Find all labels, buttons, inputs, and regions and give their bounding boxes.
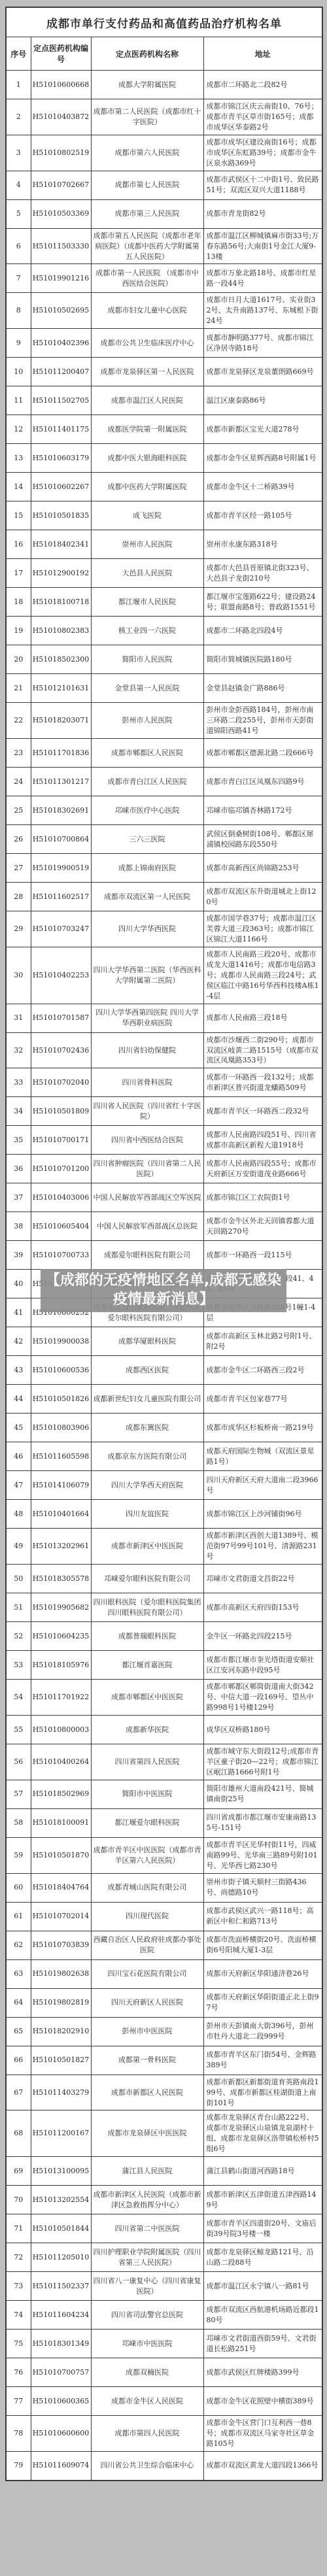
cell-institution-name: 四川天府新区人民医院 <box>91 1988 203 2017</box>
cell-institution-code: H51011602517 <box>31 883 91 911</box>
table-row: 35 H51010700171 四川省中西医结合医院 成都市人民南路四段51号、… <box>6 1126 322 1155</box>
cell-institution-code: H51010800003 <box>31 1716 91 1744</box>
cell-address: 武侯区倒桑树街108号、郫都区犀浦镇校园路东段550号 <box>203 825 322 854</box>
cell-address: 成都市郫都区德源北路二段666号 <box>203 739 322 768</box>
cell-row-number: 37 <box>6 1183 31 1212</box>
cell-row-number: 66 <box>6 2046 31 2075</box>
cell-row-number: 67 <box>6 2075 31 2110</box>
table-row: 18 H51018100718 都江堰市人民医院 都江堰市宝莲路622号；建设路… <box>6 588 322 617</box>
table-row: 65 H51018202910 彭州市中医医院 彭州市天彭镇南大街396号，彭州… <box>6 2017 322 2046</box>
cell-row-number: 11 <box>6 386 31 415</box>
cell-address: 成都市金牛区营门口互利西一巷8号；成都市双流区马家寺社区草金路105号 <box>203 2416 322 2452</box>
cell-address: 成都市二环路北四段4号 <box>203 617 322 645</box>
cell-institution-name: 成都市郫都区中医医院 <box>91 1680 203 1716</box>
cell-institution-code: H51010501826 <box>31 1385 91 1414</box>
cell-address: 金牛区一环路北四段215号 <box>203 1622 322 1651</box>
cell-row-number: 40 <box>6 1270 31 1298</box>
cell-row-number: 55 <box>6 1716 31 1744</box>
cell-institution-code: H51018305578 <box>31 1565 91 1593</box>
cell-institution-code: H51011301217 <box>31 768 91 796</box>
cell-institution-code: H51010501827 <box>31 2046 91 2075</box>
cell-row-number: 13 <box>6 444 31 473</box>
cell-institution-code: H51010702040 <box>31 1068 91 1097</box>
cell-row-number: 72 <box>6 2243 31 2272</box>
cell-address: 成都市锦江区工农院街1号 <box>203 1183 322 1212</box>
cell-address: 成都市龙泉驿区青台山路222号、成都市龙泉驿区山泉镇龙泉湖村十组、成都市龙泉驿区… <box>203 2110 322 2157</box>
table-row: 77 H51010600365 成都市金牛区人民医院 成都市金牛区花照壁中横街3… <box>6 2387 322 2416</box>
table-row: 14 H51010602267 成都中医药大学附属医院 成都市金牛区十二桥路39… <box>6 473 322 501</box>
cell-institution-code: H51018402341 <box>31 530 91 559</box>
cell-row-number: 45 <box>6 1414 31 1442</box>
table-row: 5 H51010503369 成都市第三人民医院 成都市青龙街82号 <box>6 199 322 228</box>
table-row: 23 H51011701836 成都市郫都区人民医院 成都市郫都区德源北路二段6… <box>6 739 322 768</box>
cell-institution-code: H51010701200 <box>31 1155 91 1183</box>
cell-row-number: 63 <box>6 1959 31 1988</box>
cell-address: 邛崃市文君街道文昌街22号 <box>203 1565 322 1593</box>
cell-institution-name: 成都华厦眼科医院 <box>91 1327 203 1356</box>
cell-row-number: 43 <box>6 1356 31 1385</box>
cell-row-number: 23 <box>6 739 31 768</box>
cell-institution-name: 成都医学院第一附属医院 <box>91 415 203 444</box>
table-row: 31 H51010701587 四川大学华西第四医院 四川大学华西职业病医院 成… <box>6 1004 322 1032</box>
cell-institution-name: 成都第一骨科医院 <box>91 2046 203 2075</box>
table-row: 55 H51010800003 成都新华医院 成华区双桥路180号 <box>6 1716 322 1744</box>
cell-institution-name: 四川省第二中医医院 <box>91 2214 203 2243</box>
watermark-text-line1: 【成都的无疫情地区名单,成都无感染 <box>41 1271 286 1290</box>
cell-row-number: 77 <box>6 2387 31 2416</box>
cell-institution-code: H51010605404 <box>31 1212 91 1241</box>
cell-institution-name: 成都新世纪妇女儿童医院有限公司 <box>91 1385 203 1414</box>
table-row: 45 H51010803906 成都东篱医院 成都市成华区杉板桥南一路219号 <box>6 1414 322 1442</box>
cell-institution-name: 成都市新津区人民医院（成都市新津区急救指挥分中心） <box>91 2186 203 2214</box>
cell-institution-code: H51010402253 <box>31 947 91 1004</box>
cell-row-number: 32 <box>6 1032 31 1068</box>
table-row: 16 H51018402341 崇州市人民医院 崇州市永康东路318号 <box>6 530 322 559</box>
table-row: 20 H51018502300 简阳市人民医院 简阳市简城镇医院路180号 <box>6 645 322 674</box>
cell-row-number: 34 <box>6 1097 31 1126</box>
cell-row-number: 50 <box>6 1565 31 1593</box>
table-row: 66 H51010501827 成都第一骨科医院 成都市青羊区东门街54号、金辉… <box>6 2046 322 2075</box>
cell-row-number: 44 <box>6 1385 31 1414</box>
cell-institution-name: 四川大学华西天府医院 <box>91 1471 203 1500</box>
cell-row-number: 9 <box>6 329 31 358</box>
cell-row-number: 39 <box>6 1241 31 1270</box>
table-row: 37 H51010403006 中国人民解放军西部战区空军医院 成都市锦江区工农… <box>6 1183 322 1212</box>
cell-row-number: 7 <box>6 264 31 293</box>
table-row: 38 H51010605404 中国人民解放军西部战区总医院 成都市金牛区外北天… <box>6 1212 322 1241</box>
table-row: 54 H51011701922 成都市郫都区中医医院 成都市郫都区郫筒街道南大街… <box>6 1680 322 1716</box>
table-row: 2 H51010403872 成都市第二人民医院（成都市红十字医院） 成都市锦江… <box>6 99 322 135</box>
cell-institution-code: H51018203071 <box>31 703 91 739</box>
cell-institution-code: H51014106079 <box>31 1471 91 1500</box>
cell-institution-name: 四川省八一康复中心（四川省康复医院） <box>91 2272 203 2301</box>
cell-institution-code: H51013202961 <box>31 1529 91 1565</box>
cell-row-number: 52 <box>6 1622 31 1651</box>
table-row: 17 H51012900192 大邑县人民医院 成都市大邑县晋原镇北街323号、… <box>6 559 322 588</box>
cell-row-number: 42 <box>6 1327 31 1356</box>
cell-address: 蒲江县鹤山街道河西路18号 <box>203 2157 322 2186</box>
cell-institution-name: 成都市第三人民医院 <box>91 199 203 228</box>
cell-institution-code: H51011701836 <box>31 739 91 768</box>
cell-institution-name: 成都青城山医院有限公司 <box>91 1873 203 1902</box>
cell-institution-code: H51018105976 <box>31 1651 91 1680</box>
cell-address: 成都市新津区西创大道1389号、模范街97号99号101号、清源路231号 <box>203 1529 322 1565</box>
table-row: 46 H51011605598 成都京东方医院有限公司 成都天府国际生物城（双流… <box>6 1442 322 1471</box>
cell-address: 彭州市金彭西路184号，彭州市南三环路二段255号，彭州市天彭街道锦阳西路41号 <box>203 703 322 739</box>
cell-address: 成都市青羊区经一路105号 <box>203 501 322 530</box>
cell-row-number: 47 <box>6 1471 31 1500</box>
cell-address: 成都市新都区新都街道育英路南段199号、成都市新都区桂湖街道上南街101号 <box>203 2075 322 2110</box>
cell-address: 成都市温江区永宁镇八一路81号 <box>203 2272 322 2301</box>
cell-address: 成都市人民南路三段20号、成都市成龙大道1416号；成都市电信路3号；成都市人民… <box>203 947 322 1004</box>
cell-institution-code: H51010501844 <box>31 2214 91 2243</box>
cell-institution-name: 成都市龙泉驿区第一人民医院 <box>91 358 203 386</box>
cell-institution-name: 成都市郫都区人民医院 <box>91 739 203 768</box>
cell-address: 四川省成都市都江堰市安康南路135号-151号 <box>203 1808 322 1837</box>
title-row: 成都市单行支付药品和高值药品治疗机构名单 <box>6 7 322 37</box>
watermark-text-line2: 疫情最新消息】 <box>41 1290 286 1309</box>
cell-institution-name: 彭州市人民医院 <box>91 703 203 739</box>
cell-institution-code: H51019802819 <box>31 1988 91 2017</box>
cell-institution-code: H51011205010 <box>31 2243 91 2272</box>
table-row: 6 H51011503330 成都市第五人民医院（成都市老年病医院）（成都中医药… <box>6 228 322 264</box>
cell-address: 四川天府新区天府大道南二段3966号 <box>203 1471 322 1500</box>
cell-institution-code: H51010700733 <box>31 1241 91 1270</box>
table-row: 4 H51010702667 成都市第七人民医院 成都市武侯区十二中街1号、致民… <box>6 171 322 199</box>
table-row: 52 H51010604235 成都普瑞眼科医院 金牛区一环路北四段215号 <box>6 1622 322 1651</box>
cell-address: 成都市金牛区星辉西路8号附属1号 <box>203 444 322 473</box>
cell-address: 成都市金牛区十二桥路39号 <box>203 473 322 501</box>
cell-institution-code: H51019905682 <box>31 1593 91 1622</box>
table-row: 7 H51019901216 成都市第一人民医院 （成都市中西医结合医院） 成都… <box>6 264 322 293</box>
cell-institution-name: 成都东篱医院 <box>91 1414 203 1442</box>
cell-institution-name: 邛崃市中医医院 <box>91 2330 203 2358</box>
cell-address: 成都市青羊区一环路西二段32号 <box>203 1097 322 1126</box>
cell-institution-name: 成都市妇女儿童中心医院 <box>91 293 203 329</box>
header-row: 序号 定点医药机构编号 定点医药机构名称 地址 <box>6 37 322 71</box>
cell-address: 崇州市永康东路318号 <box>203 530 322 559</box>
cell-institution-code: H51011401175 <box>31 415 91 444</box>
cell-address: 成都市武侯区武兴一路118号；高新区中和仁和路713号 <box>203 1902 322 1931</box>
cell-institution-code: H51018100718 <box>31 588 91 617</box>
table-row: 49 H51013202961 成都市新津区中医医院 成都市新津区西创大道138… <box>6 1529 322 1565</box>
table-row: 3 H51010802519 成都市第六人民医院 成都市成华区建设南街16号；成… <box>6 135 322 171</box>
cell-address: 邛崃市临邛镇杏林路172号 <box>203 796 322 825</box>
cell-address: 成都市青龙街82号 <box>203 199 322 228</box>
cell-institution-name: 中国人民解放军西部战区空军医院 <box>91 1183 203 1212</box>
cell-row-number: 49 <box>6 1529 31 1565</box>
cell-address: 成都天府国际生物城（双流区景星路1号） <box>203 1442 322 1471</box>
table-row: 64 H51019802819 四川天府新区人民医院 成都市天府新区华阳街道正北… <box>6 1988 322 2017</box>
cell-institution-code: H51010600365 <box>31 2387 91 2416</box>
cell-institution-code: H51010603179 <box>31 444 91 473</box>
cell-institution-name: 四川大学华西第四医院 四川大学华西职业病医院 <box>91 1004 203 1032</box>
table-row: 48 H51010401664 四川友谊医院 成都市锦江区上沙河铺街96号 <box>6 1500 322 1529</box>
cell-institution-name: 四川省公共卫生综合临床中心 <box>91 2452 203 2481</box>
cell-institution-name: 成都市第四人民医院 <box>91 2416 203 2452</box>
table-row: 68 H51011200167 成都市龙泉驿区中医医院 成都市龙泉驿区青台山路2… <box>6 2110 322 2157</box>
table-row: 59 H51010501870 成都市青羊区中医医院（成都市青羊区第六人民医院）… <box>6 1837 322 1873</box>
table-row: 61 H51010702014 四川现代医院 成都市武侯区武兴一路118号；高新… <box>6 1902 322 1931</box>
cell-address: 成都市高新西区尚锦路253号 <box>203 854 322 883</box>
cell-institution-code: H51010700864 <box>31 825 91 854</box>
cell-institution-name: 成都爱尔眼科医院有限公司 <box>91 1241 203 1270</box>
cell-address: 温江区康泰路86号 <box>203 386 322 415</box>
table-row: 30 H51010402253 四川大学华西第二医院（华西医科大学附属第二医院）… <box>6 947 322 1004</box>
table-row: 76 H51010700757 成都双楠医院 成都市武侯区红牌楼路399号 <box>6 2358 322 2387</box>
cell-address: 成都市锦江区庆云南街10、76号；成都市青羊区草市街165号；成都市成华区华泰路… <box>203 99 322 135</box>
cell-address: 成都市人民南路四段51号、四川省成都市高新区新程大道1918号 <box>203 1126 322 1155</box>
cell-address: 成都市龙泉驿区鲸龙路121号、沿山路二段88号 <box>203 2243 322 2272</box>
cell-address: 成都市青羊区四道街20号、文庙后街39号院3号楼一楼 <box>203 2214 322 2243</box>
cell-institution-code: H51010401664 <box>31 1500 91 1529</box>
cell-institution-code: H51013100095 <box>31 2157 91 2186</box>
cell-institution-name: 都江堰爱尔眼科医院 <box>91 1808 203 1837</box>
cell-address: 成都市高新区玉林北路2号附1号、附2号 <box>203 1327 322 1356</box>
cell-address: 成都市二环路北二段82号 <box>203 71 322 99</box>
column-header-code: 定点医药机构编号 <box>31 37 91 71</box>
cell-institution-name: 四川省第四人民医院 <box>91 1744 203 1780</box>
cell-row-number: 4 <box>6 171 31 199</box>
cell-institution-code: H51010604235 <box>31 1622 91 1651</box>
cell-address: 成都市天府新区华阳街道正北上街97号 <box>203 1988 322 2017</box>
cell-institution-name: 中国人民解放军西部战区总医院 <box>91 1212 203 1241</box>
cell-institution-code: H51011200407 <box>31 358 91 386</box>
cell-institution-name: 成都中医药大学附属医院 <box>91 473 203 501</box>
table-row: 27 H51019900519 成都上锦南府医院 成都市高新西区尚锦路253号 <box>6 854 322 883</box>
table-row: 47 H51014106079 四川大学华西天府医院 四川天府新区天府大道南二段… <box>6 1471 322 1500</box>
cell-institution-code: H51018502300 <box>31 645 91 674</box>
cell-institution-name: 成都市第五人民医院（成都市老年病医院）（成都中医药大学附属第五人民医院） <box>91 228 203 264</box>
cell-institution-code: H51010600600 <box>31 2416 91 2452</box>
cell-institution-code: H51010701587 <box>31 1004 91 1032</box>
cell-row-number: 21 <box>6 674 31 703</box>
cell-address: 成都市新津区五津街道五津西路149号 <box>203 2186 322 2214</box>
cell-institution-code: H51012101631 <box>31 674 91 703</box>
cell-row-number: 51 <box>6 1593 31 1622</box>
cell-institution-code: H51011403279 <box>31 2075 91 2110</box>
cell-institution-name: 四川友谊医院 <box>91 1500 203 1529</box>
cell-address: 成都市万象北路18号、成都市红星路一段44号 <box>203 264 322 293</box>
table-row: 72 H51011205010 四川护理职业学院附属医院（四川省第三人民医院） … <box>6 2243 322 2272</box>
cell-row-number: 31 <box>6 1004 31 1032</box>
cell-address: 成都市武侯区红牌楼路399号 <box>203 2358 322 2387</box>
cell-institution-code: H51010403006 <box>31 1183 91 1212</box>
cell-row-number: 28 <box>6 883 31 911</box>
cell-row-number: 74 <box>6 2301 31 2330</box>
cell-institution-name: 成都中医大银海眼科医院 <box>91 444 203 473</box>
table-row: 39 H51010700733 成都爱尔眼科医院有限公司 成都市一环路西一段11… <box>6 1241 322 1270</box>
table-row: 70 H51013202554 成都市新津区人民医院（成都市新津区急救指挥分中心… <box>6 2186 322 2214</box>
cell-row-number: 62 <box>6 1931 31 1959</box>
cell-address: 成都市静明路377号、成都市锦江区净居寺路18号 <box>203 329 322 358</box>
watermark-overlay: 【成都的无疫情地区名单,成都无感染 疫情最新消息】 <box>41 1269 286 1312</box>
cell-row-number: 59 <box>6 1837 31 1873</box>
cell-institution-name: 邛崃市医疗中心医院 <box>91 796 203 825</box>
cell-institution-name: 成都市新津区中医医院 <box>91 1529 203 1565</box>
table-row: 53 H51018105976 都江堰首嘉医院 成都市都江堰市奎光塔街道安顺社区… <box>6 1651 322 1680</box>
cell-row-number: 58 <box>6 1808 31 1837</box>
cell-institution-code: H51010602267 <box>31 473 91 501</box>
cell-institution-name: 成都市新都区人民医院 <box>91 2075 203 2110</box>
cell-row-number: 26 <box>6 825 31 854</box>
cell-institution-name: 成都京东方医院有限公司 <box>91 1442 203 1471</box>
cell-institution-name: 成都西区医院 <box>91 1356 203 1385</box>
table-row: 36 H51010701200 四川省肿瘤医院（四川省第二人民医院） 成都市人民… <box>6 1155 322 1183</box>
cell-row-number: 70 <box>6 2186 31 2214</box>
table-row: 34 H51010501809 四川省人民医院（四川省红十字医院） 成都市青羊区… <box>6 1097 322 1126</box>
cell-row-number: 20 <box>6 645 31 674</box>
cell-institution-code: H51011609074 <box>31 2452 91 2481</box>
cell-row-number: 54 <box>6 1680 31 1716</box>
table-row: 60 H51018404764 成都青城山医院有限公司 崇州市街子镇天顺村三街路… <box>6 1873 322 1902</box>
table-row: 29 H51010703247 四川大学华西医院 成都市国学巷37号；成都市温江… <box>6 911 322 947</box>
cell-row-number: 8 <box>6 293 31 329</box>
cell-row-number: 76 <box>6 2358 31 2387</box>
cell-row-number: 16 <box>6 530 31 559</box>
cell-row-number: 46 <box>6 1442 31 1471</box>
cell-address: 成都市青羊区东门街54号、金辉路389号 <box>203 2046 322 2075</box>
table-row: 10 H51011200407 成都市龙泉驿区第一人民医院 成都市龙泉驿区龙泉董… <box>6 358 322 386</box>
cell-institution-name: 四川省人民医院（四川省红十字医院） <box>91 1097 203 1126</box>
cell-institution-name: 成都市第二人民医院（成都市红十字医院） <box>91 99 203 135</box>
cell-institution-name: 简阳市中医医院 <box>91 1780 203 1808</box>
cell-institution-name: 蒲江县人民医院 <box>91 2157 203 2186</box>
cell-institution-code: H51010700757 <box>31 2358 91 2387</box>
cell-address: 彭州市天彭镇南大街396号，彭州市牡丹大道北二段999号 <box>203 2017 322 2046</box>
cell-institution-name: 四川大学华西第二医院（华西医科大学附属第二医院） <box>91 947 203 1004</box>
cell-institution-code: H51010702667 <box>31 171 91 199</box>
cell-address: 成都市沙堰西二街290号；成都市双流区岐黄二路1515号（成都市双流区凤凰路35… <box>203 1032 322 1068</box>
cell-institution-name: 成都新华医院 <box>91 1716 203 1744</box>
table-row: 28 H51011602517 成都市双流区第一人民医院 成都市双流区东升街道城… <box>6 883 322 911</box>
cell-address: 简阳市简城镇医院路180号 <box>203 645 322 674</box>
cell-institution-name: 都江堰首嘉医院 <box>91 1651 203 1680</box>
table-row: 9 H51010402396 成都市公共卫生临床医疗中心 成都市静明路377号、… <box>6 329 322 358</box>
cell-institution-code: H51018502969 <box>31 1780 91 1808</box>
cell-row-number: 19 <box>6 617 31 645</box>
cell-institution-code: H51012900192 <box>31 559 91 588</box>
cell-row-number: 27 <box>6 854 31 883</box>
cell-institution-name: 彭州市中医医院 <box>91 2017 203 2046</box>
cell-institution-code: H51010502695 <box>31 293 91 329</box>
cell-address: 成都市人民南路三段18号 <box>203 1004 322 1032</box>
cell-institution-name: 成都市青羊区中医医院（成都市青羊区第六人民医院） <box>91 1837 203 1873</box>
table-row: 15 H51010501835 成飞医院 成都市青羊区经一路105号 <box>6 501 322 530</box>
cell-address: 成都市新都区宝光大道278号 <box>203 415 322 444</box>
cell-institution-name: 成都市公共卫生临床医疗中心 <box>91 329 203 358</box>
cell-institution-name: 成都市双流区第一人民医院 <box>91 883 203 911</box>
cell-row-number: 6 <box>6 228 31 264</box>
cell-row-number: 25 <box>6 796 31 825</box>
cell-institution-code: H51011605598 <box>31 1442 91 1471</box>
cell-row-number: 14 <box>6 473 31 501</box>
cell-institution-code: H51019900038 <box>31 1327 91 1356</box>
cell-institution-name: 成都市第七人民医院 <box>91 171 203 199</box>
cell-institution-name: 四川省肿瘤医院（四川省第二人民医院） <box>91 1155 203 1183</box>
cell-row-number: 57 <box>6 1780 31 1808</box>
cell-institution-code: H51010503369 <box>31 199 91 228</box>
table-row: 58 H51018100091 都江堰爱尔眼科医院 四川省成都市都江堰市安康南路… <box>6 1808 322 1837</box>
cell-row-number: 17 <box>6 559 31 588</box>
cell-row-number: 75 <box>6 2330 31 2358</box>
cell-address: 成都市成华区杉板桥南一路219号 <box>203 1414 322 1442</box>
table-row: 24 H51011301217 成都市青白江区人民医院 成都市青白江区凤凰东四路… <box>6 768 322 796</box>
cell-address: 崇州市街子镇天顺村三街路436号、尚德路10号 <box>203 1873 322 1902</box>
cell-institution-code: H51010802383 <box>31 617 91 645</box>
table-row: 11 H51011502705 成都市温江区人民医院 温江区康泰路86号 <box>6 386 322 415</box>
table-row: 75 H51018301349 邛崃市中医医院 邛崃市文君街道西街59号、文君街… <box>6 2330 322 2358</box>
cell-row-number: 71 <box>6 2214 31 2243</box>
cell-row-number: 41 <box>6 1298 31 1327</box>
table-row: 63 H51019802638 四川宝石花医院有限公司 成都市天府新区华阳通济巷… <box>6 1959 322 1988</box>
cell-address: 成都市大邑县晋原镇北街323号、大邑县子龙街210号 <box>203 559 322 588</box>
cell-institution-name: 四川大学华西医院 <box>91 911 203 947</box>
cell-institution-name: 成都普瑞眼科医院 <box>91 1622 203 1651</box>
cell-row-number: 53 <box>6 1651 31 1680</box>
cell-institution-code: H51018100091 <box>31 1808 91 1837</box>
cell-institution-code: H51011604234 <box>31 2301 91 2330</box>
table-row: 19 H51010802383 核工业四一六医院 成都市二环路北四段4号 <box>6 617 322 645</box>
cell-address: 成都市国学巷37号；成都市温江区芙蓉大道三段363号；成都市锦江区锦江大道116… <box>203 911 322 947</box>
column-header-index: 序号 <box>6 37 31 71</box>
institutions-table: 成都市单行支付药品和高值药品治疗机构名单 序号 定点医药机构编号 定点医药机构名… <box>5 7 323 2481</box>
document-title: 成都市单行支付药品和高值药品治疗机构名单 <box>6 7 322 37</box>
table-row: 22 H51018203071 彭州市人民医院 彭州市金彭西路184号，彭州市南… <box>6 703 322 739</box>
cell-institution-name: 崇州市人民医院 <box>91 530 203 559</box>
table-row: 67 H51011403279 成都市新都区人民医院 成都市新都区新都街道育英路… <box>6 2075 322 2110</box>
cell-institution-code: H51011502337 <box>31 2272 91 2301</box>
table-row: 69 H51013100095 蒲江县人民医院 蒲江县鹤山街道河西路18号 <box>6 2157 322 2186</box>
cell-institution-code: H51011502705 <box>31 386 91 415</box>
cell-institution-name: 成都上锦南府医院 <box>91 854 203 883</box>
cell-address: 成都市郫都区郫筒街道南大街342号、中信大道一段169号、望丛中路998号1号楼… <box>203 1680 322 1716</box>
cell-row-number: 60 <box>6 1873 31 1902</box>
cell-row-number: 64 <box>6 1988 31 2017</box>
cell-address: 成都市金牛区二环路西三段2号 <box>203 1356 322 1385</box>
table-row: 8 H51010502695 成都市妇女儿童中心医院 成都市日月大道1617号、… <box>6 293 322 329</box>
cell-row-number: 79 <box>6 2452 31 2481</box>
cell-institution-name: 西藏自治区人民政府驻成都办事处医院 <box>91 1931 203 1959</box>
table-row: 74 H51011604234 四川省司法警官总医院 成都市双流区西航港机场路近… <box>6 2301 322 2330</box>
cell-row-number: 15 <box>6 501 31 530</box>
table-row: 12 H51011401175 成都医学院第一附属医院 成都市新都区宝光大道27… <box>6 415 322 444</box>
cell-institution-code: H51011701922 <box>31 1680 91 1716</box>
table-row: 57 H51018502969 简阳市中医医院 简阳市雄州大道南段421号、简城… <box>6 1780 322 1808</box>
cell-address: 成都市洗面桥横街20号、洗面桥横街6号阳城大厦1-3层 <box>203 1931 322 1959</box>
cell-address: 成都市双流区西航港机场路近都段180号 <box>203 2301 322 2330</box>
table-row: 44 H51010501826 成都新世纪妇女儿童医院有限公司 成都市青羊区包家… <box>6 1385 322 1414</box>
cell-institution-code: H51018404764 <box>31 1873 91 1902</box>
cell-address: 成都市青白江区凤凰东四路9号 <box>203 768 322 796</box>
cell-institution-name: 三六三医院 <box>91 825 203 854</box>
cell-institution-name: 成都市温江区人民医院 <box>91 386 203 415</box>
cell-address: 成都市龙泉驿区龙泉董朗路669号 <box>203 358 322 386</box>
cell-institution-name: 四川宝石花医院有限公司 <box>91 1959 203 1988</box>
cell-address: 成都市温江区柳城镇麻市街33号;万春东路56号;大南街1号金江大厦9-13楼 <box>203 228 322 264</box>
cell-institution-code: H51010703247 <box>31 911 91 947</box>
cell-institution-name: 四川护理职业学院附属医院（四川省第三人民医院） <box>91 2243 203 2272</box>
cell-institution-name: 成都市第一人民医院 （成都市中西医结合医院） <box>91 264 203 293</box>
cell-address: 成都市金牛区花照壁中横街389号 <box>203 2387 322 2416</box>
cell-row-number: 12 <box>6 415 31 444</box>
table-row: 50 H51018305578 邛崃爱尔眼科医院有限公司 邛崃市文君街道文昌街2… <box>6 1565 322 1593</box>
cell-institution-code: H51011200167 <box>31 2110 91 2157</box>
cell-institution-name: 成飞医院 <box>91 501 203 530</box>
table-row: 79 H51011609074 四川省公共卫生综合临床中心 成都市双流区黄龙大道… <box>6 2452 322 2481</box>
cell-institution-code: H51010802519 <box>31 135 91 171</box>
cell-institution-code: H51010702436 <box>31 1032 91 1068</box>
